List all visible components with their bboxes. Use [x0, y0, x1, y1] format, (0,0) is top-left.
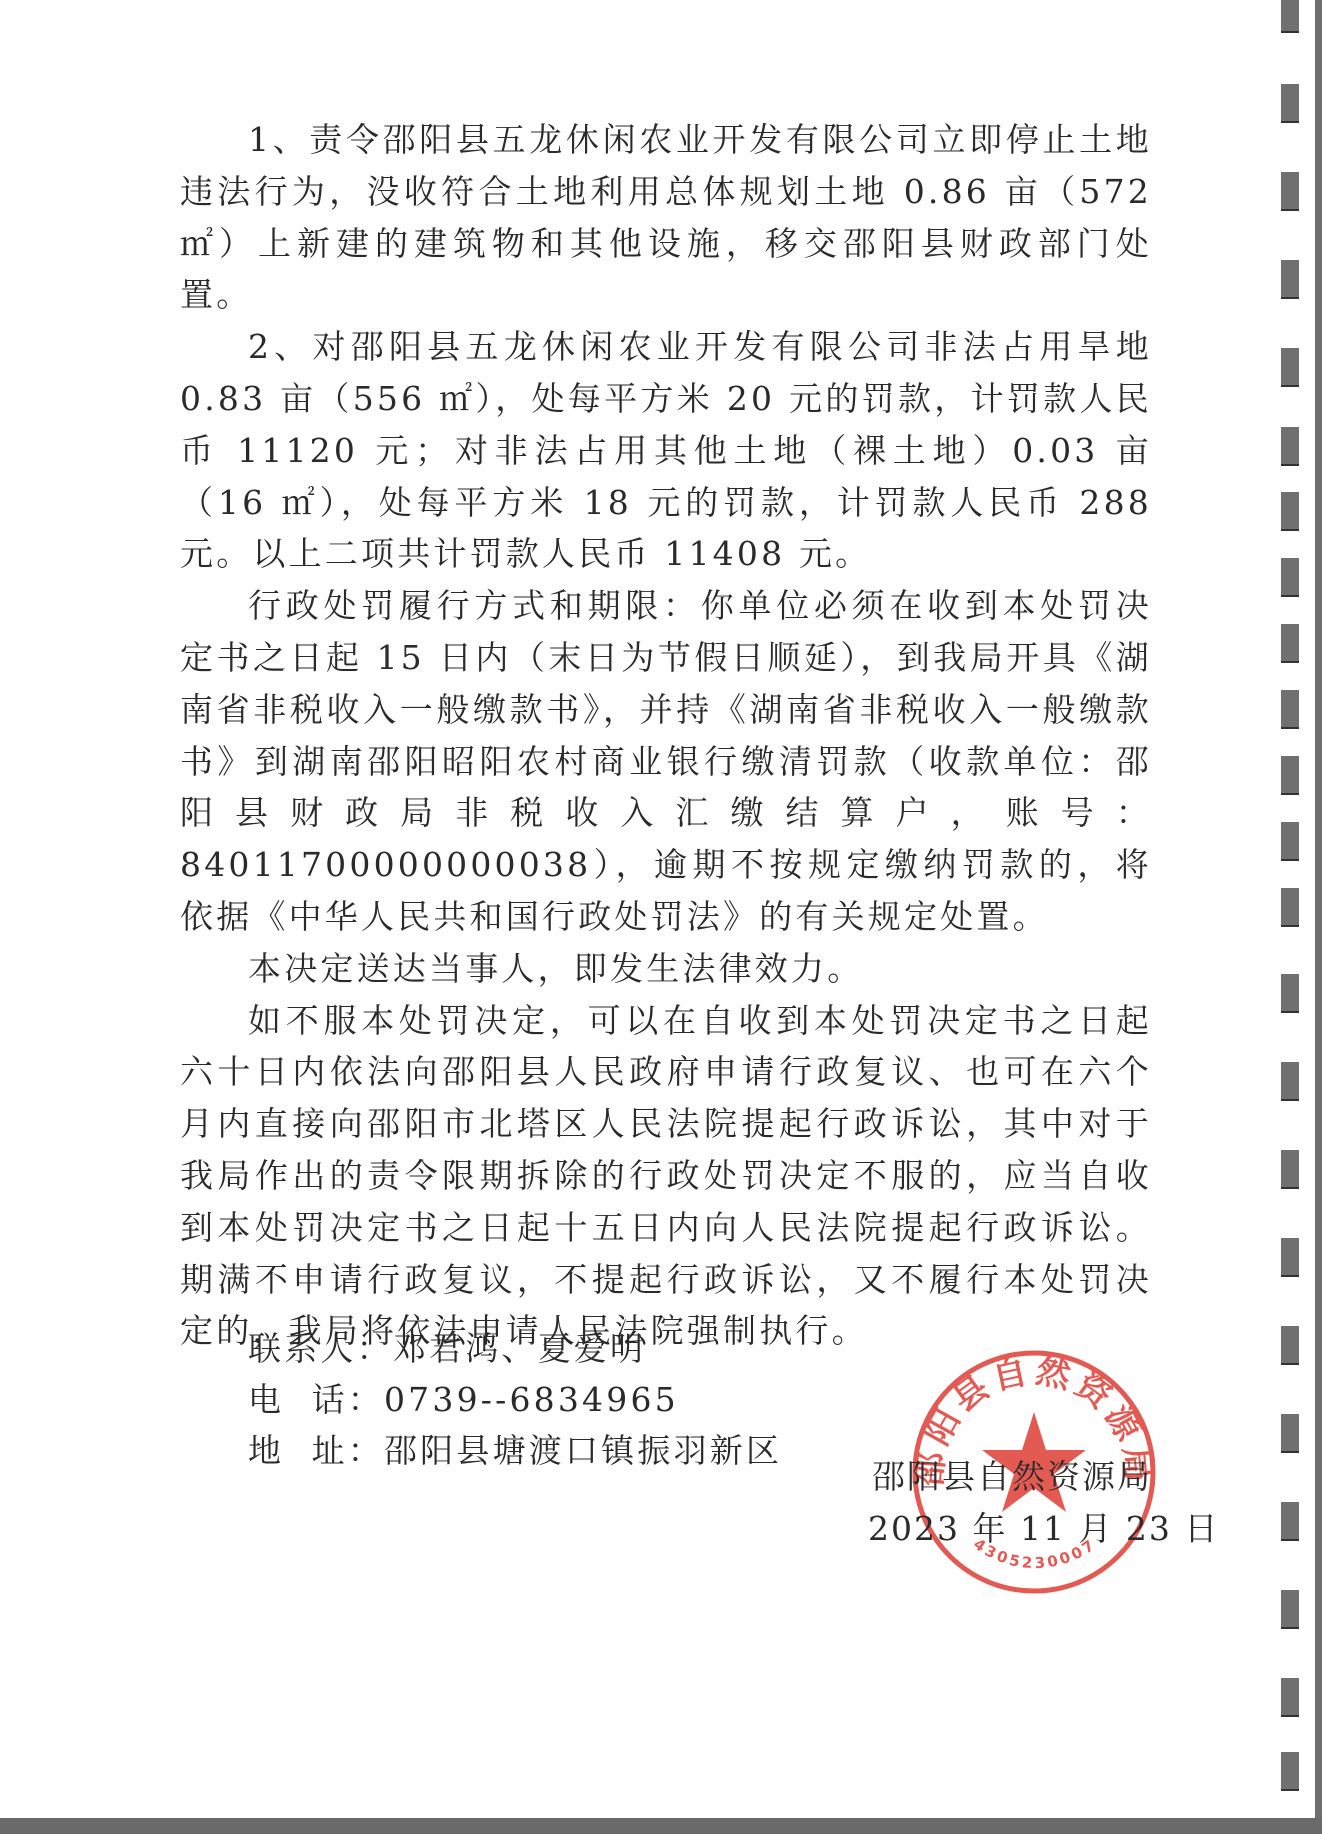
paragraph-effect: 本决定送达当事人，即发生法律效力。	[180, 943, 1152, 995]
contact-phone: 电 话：0739--6834965	[248, 1374, 679, 1426]
binder-hole	[1281, 1238, 1299, 1277]
binder-hole	[1281, 260, 1299, 299]
binder-hole	[1281, 888, 1299, 927]
binder-hole	[1281, 690, 1299, 729]
binder-hole	[1281, 1414, 1299, 1453]
binder-hole	[1281, 1062, 1299, 1101]
binder-hole	[1281, 1752, 1299, 1791]
document-page: 1、责令邵阳县五龙休闲农业开发有限公司立即停止土地违法行为，没收符合土地利用总体…	[0, 0, 1310, 1818]
scan-bottom-edge	[0, 1818, 1322, 1834]
paragraph-payment-terms: 行政处罚履行方式和期限：你单位必须在收到本处罚决定书之日起 15 日内（末日为节…	[180, 580, 1152, 943]
issuer-name: 邵阳县自然资源局	[872, 1451, 1152, 1503]
binder-edge	[1315, 0, 1322, 1818]
binder-hole	[1281, 492, 1299, 531]
paragraph-item-1: 1、责令邵阳县五龙休闲农业开发有限公司立即停止土地违法行为，没收符合土地利用总体…	[180, 114, 1152, 321]
issue-date: 2023 年 11 月 23 日	[868, 1503, 1219, 1555]
contact-address: 地 址：邵阳县塘渡口镇振羽新区	[248, 1425, 782, 1477]
binder-hole	[1281, 1150, 1299, 1189]
binder-hole	[1281, 84, 1299, 123]
binder-hole	[1281, 822, 1299, 861]
binder-hole	[1281, 0, 1299, 33]
binder-holes	[1281, 0, 1300, 1818]
binder-hole	[1281, 558, 1299, 597]
contact-person: 联系人：邓君鸿、夏爱明	[248, 1323, 646, 1375]
paragraph-appeal: 如不服本处罚决定，可以在自收到本处罚决定书之日起六十日内依法向邵阳县人民政府申请…	[180, 995, 1152, 1358]
binder-hole	[1281, 1502, 1299, 1541]
binder-hole	[1281, 756, 1299, 795]
binder-hole	[1281, 1678, 1299, 1717]
binder-hole	[1281, 1590, 1299, 1629]
binder-hole	[1281, 624, 1299, 663]
binder-hole	[1281, 974, 1299, 1013]
paragraph-item-2: 2、对邵阳县五龙休闲农业开发有限公司非法占用旱地 0.83 亩（556 ㎡），处…	[180, 321, 1152, 580]
binder-hole	[1281, 172, 1299, 211]
binder-hole	[1281, 348, 1299, 387]
binder-hole	[1281, 1326, 1299, 1365]
binder-hole	[1281, 427, 1299, 466]
document-body: 1、责令邵阳县五龙休闲农业开发有限公司立即停止土地违法行为，没收符合土地利用总体…	[180, 114, 1152, 1357]
